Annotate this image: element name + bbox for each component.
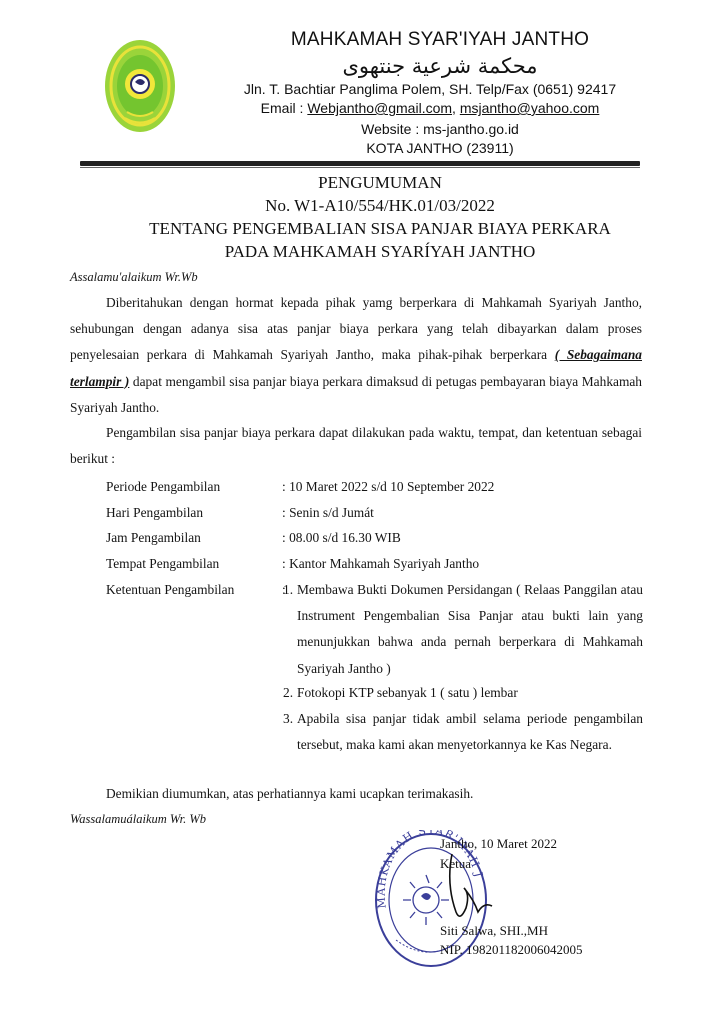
signature-role: Ketua — [440, 856, 471, 872]
email-label: Email : — [261, 100, 308, 116]
email-separator: , — [452, 100, 460, 116]
detail-label: Ketentuan Pengambilan — [106, 577, 276, 603]
condition-item-3: 3. Apabila sisa panjar tidak ambil selam… — [297, 706, 643, 758]
detail-label: Periode Pengambilan — [106, 474, 276, 500]
condition-number: 1. — [283, 577, 293, 603]
org-address: Jln. T. Bachtiar Panglima Polem, SH. Tel… — [210, 81, 650, 97]
header-divider-thin — [80, 167, 640, 168]
detail-value: : Senin s/d Jumát — [282, 500, 374, 526]
paragraph-1: Diberitahukan dengan hormat kepada pihak… — [70, 290, 642, 421]
announcement-heading: PENGUMUMAN — [100, 173, 660, 193]
detail-value: : Kantor Mahkamah Syariyah Jantho — [282, 551, 479, 577]
detail-label: Jam Pengambilan — [106, 525, 276, 551]
signatory-nip: NIP. 198201182006042005 — [440, 942, 583, 958]
email-link-2[interactable]: msjantho@yahoo.com — [460, 100, 600, 116]
announcement-subject-1: TENTANG PENGEMBALIAN SISA PANJAR BIAYA P… — [100, 219, 660, 239]
email-link-1[interactable]: Webjantho@gmail.com — [307, 100, 452, 116]
signatory-name: Siti Salwa, SHI.,MH — [440, 923, 548, 939]
condition-text: Fotokopi KTP sebanyak 1 ( satu ) lembar — [297, 685, 518, 700]
paragraph-2: Pengambilan sisa panjar biaya perkara da… — [70, 420, 642, 472]
org-name: MAHKAMAH SYAR'IYAH JANTHO — [250, 29, 630, 51]
org-website: Website : ms-jantho.go.id — [250, 121, 630, 137]
condition-item-2: 2. Fotokopi KTP sebanyak 1 ( satu ) lemb… — [297, 680, 643, 706]
court-emblem-icon — [103, 38, 177, 134]
announcement-number: No. W1-A10/554/HK.01/03/2022 — [100, 196, 660, 216]
condition-text: Apabila sisa panjar tidak ambil selama p… — [297, 711, 643, 752]
announcement-subject-2: PADA MAHKAMAH SYARÍYAH JANTHO — [100, 242, 660, 262]
condition-number: 2. — [283, 680, 293, 706]
detail-value: : 08.00 s/d 16.30 WIB — [282, 525, 401, 551]
detail-label: Tempat Pengambilan — [106, 551, 276, 577]
org-city: KOTA JANTHO (23911) — [250, 140, 630, 156]
header-divider — [80, 161, 640, 166]
condition-text: Membawa Bukti Dokumen Persidangan ( Rela… — [297, 582, 643, 676]
detail-label: Hari Pengambilan — [106, 500, 276, 526]
org-email: Email : Webjantho@gmail.com, msjantho@ya… — [210, 100, 650, 116]
detail-value: : 10 Maret 2022 s/d 10 September 2022 — [282, 474, 494, 500]
farewell: Wassalamuálaikum Wr. Wb — [70, 812, 206, 827]
condition-number: 3. — [283, 706, 293, 732]
closing-sentence: Demikian diumumkan, atas perhatiannya ka… — [106, 786, 473, 802]
org-name-arabic: محكمة شرعية جنتهوى — [250, 54, 630, 78]
greeting: Assalamu'alaikum Wr.Wb — [70, 270, 198, 285]
paragraph-1-end: dapat mengambil sisa panjar biaya perkar… — [70, 374, 642, 415]
signature-place-date: Jantho, 10 Maret 2022 — [440, 836, 557, 852]
condition-item-1: 1. Membawa Bukti Dokumen Persidangan ( R… — [297, 577, 643, 682]
